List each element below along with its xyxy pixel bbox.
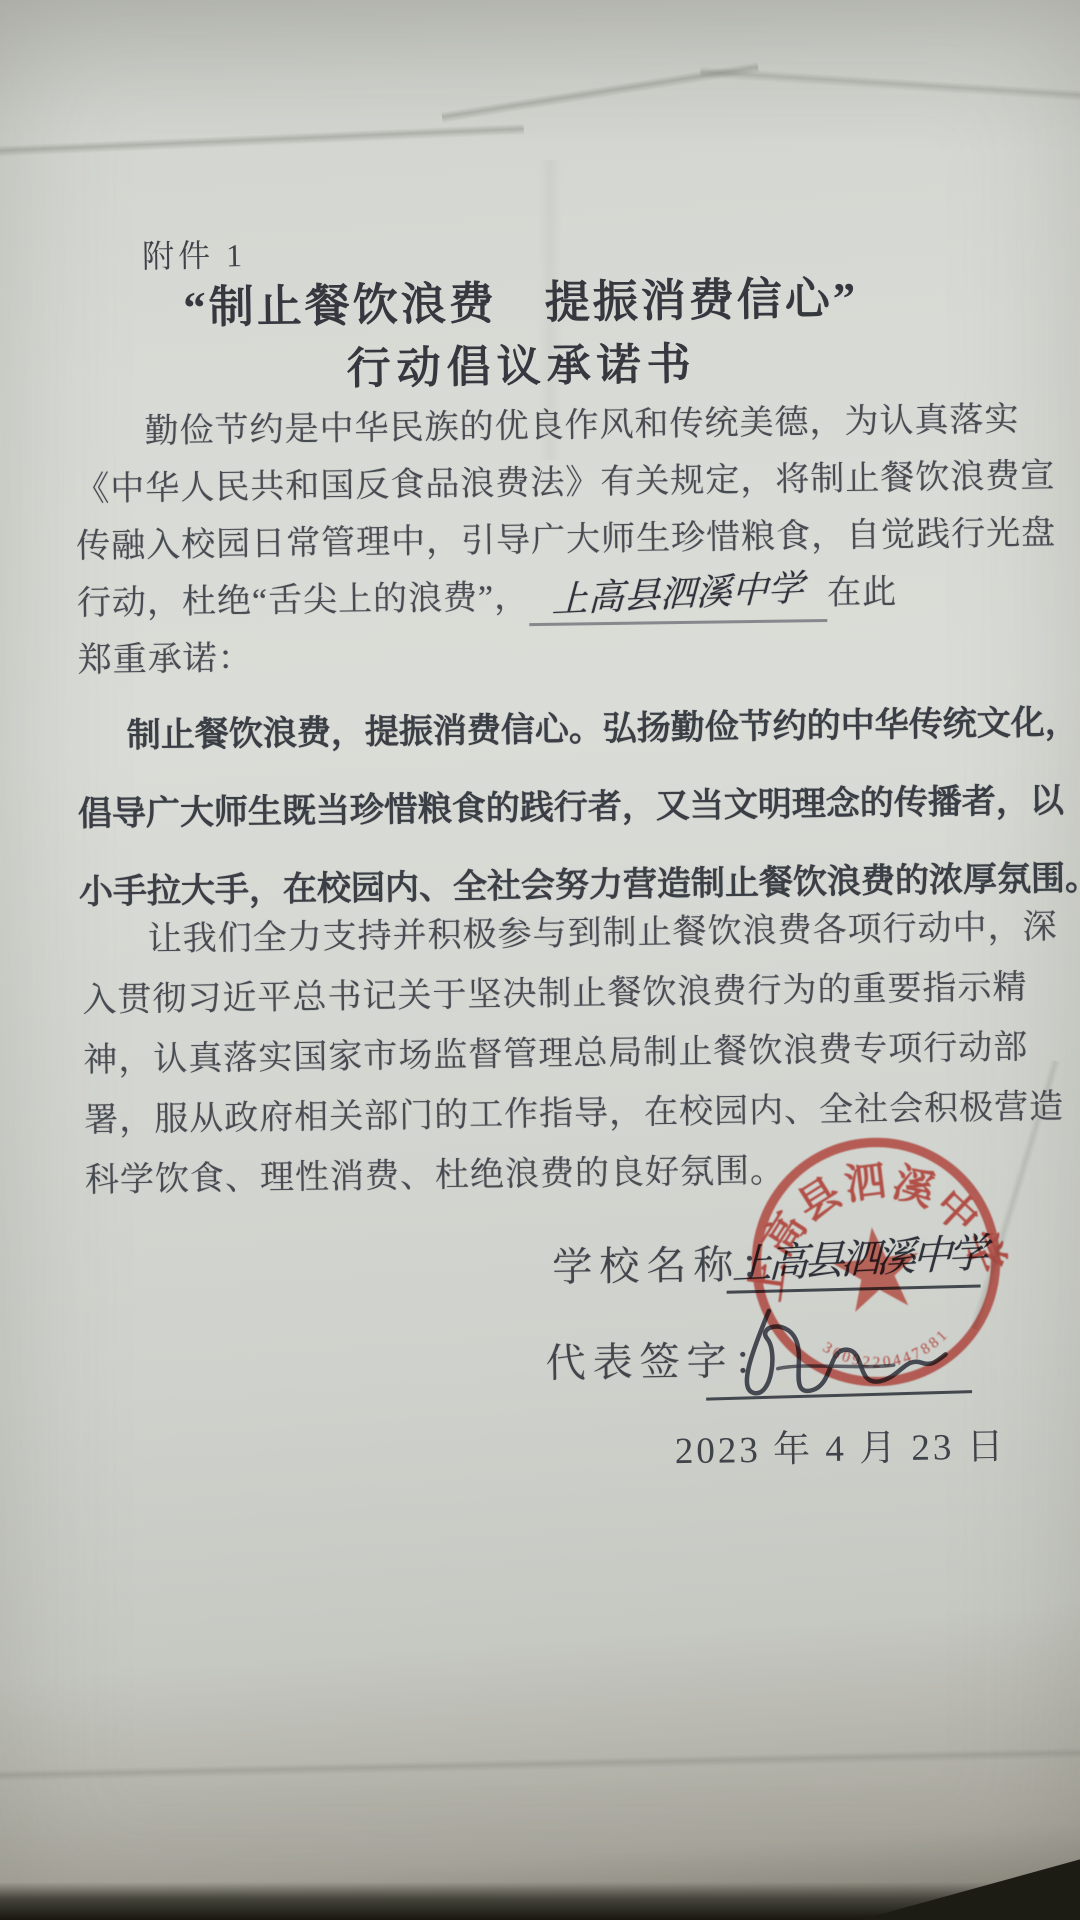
document-subtitle: 行动倡议承诺书 (0, 323, 1052, 402)
handwritten-school-name: 上高县泗溪中学 (552, 563, 805, 625)
official-seal: 上高县泗溪中学 3609220447881 (727, 1113, 1026, 1412)
commitment-letter: 附件 1 “制止餐饮浪费 提振消费信心” 行动倡议承诺书 勤俭节约是中华民族的优… (0, 0, 1080, 1920)
blank-line-suffix: 在此 (827, 574, 898, 612)
body-line: 倡导广大师生既当珍惜粮食的践行者，又当文明理念的传播者，以 (77, 762, 1080, 854)
school-name-blank: 上高县泗溪中学 (529, 567, 828, 626)
body-line: 制止餐饮浪费，提振消费信心。弘扬勤俭节约的中华传统文化， (76, 684, 1080, 776)
paragraph-pledge: 制止餐饮浪费，提振消费信心。弘扬勤俭节约的中华传统文化， 倡导广大师生既当珍惜粮… (76, 684, 1080, 932)
seal-star-icon (829, 1222, 925, 1314)
paper-sheet: 附件 1 “制止餐饮浪费 提振消费信心” 行动倡议承诺书 勤俭节约是中华民族的优… (0, 0, 1080, 1920)
paragraph-opening: 勤俭节约是中华民族的优良作风和传统美德，为认真落实 《中华人民共和国反食品浪费法… (74, 391, 1058, 690)
date-line: 2023 年 4 月 23 日 (674, 1416, 1006, 1475)
blank-line-prefix: 行动，杜绝“舌尖上的浪费”， (77, 579, 530, 622)
